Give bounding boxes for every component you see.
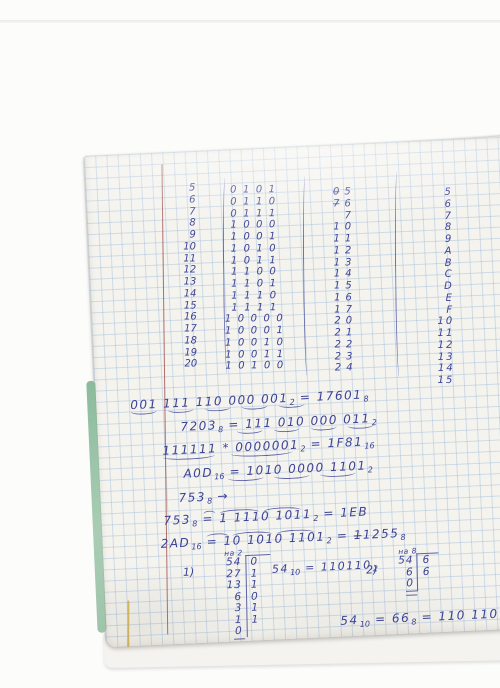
octal-cell: 16 [327, 292, 357, 304]
octal-cell: 17 [327, 304, 357, 316]
yellow-edge-line [127, 600, 129, 647]
octal-cell: 7̶6 [326, 198, 356, 210]
octal-cell: 12 [326, 245, 356, 257]
grouping-arc [130, 407, 156, 415]
octal-cell: 22 [327, 339, 357, 351]
grouping-arc [236, 426, 262, 434]
octal-cell: 23 [327, 351, 357, 363]
decimal-cell: 10 [170, 241, 196, 253]
decimal-cell: 15 [171, 300, 197, 312]
hex-cell: D [428, 281, 454, 293]
grouping-arc [167, 405, 193, 413]
hex-cell: 7 [427, 210, 453, 222]
grouping-arc [274, 471, 310, 480]
grouping-arc [204, 404, 230, 412]
hex-cell: 5 [427, 187, 453, 199]
binary-cell: 10000 [225, 313, 283, 325]
binary-cell: 1100 [224, 266, 282, 278]
binary-cell: 10011 [225, 349, 283, 361]
grouping-arc [278, 400, 304, 408]
binary-cell: 10100 [225, 360, 283, 372]
octal-cell: 0̶5 [326, 186, 356, 198]
hex-cell: 12 [428, 339, 454, 351]
binary-cell: 10001 [225, 325, 283, 337]
division-row: 0 [216, 626, 266, 638]
equation-bin-to-hex: 111111 * 00000012 = 1F8116 [162, 434, 375, 460]
octal-cell: 10 [326, 221, 356, 233]
binary-cell: 1110 [225, 290, 283, 302]
decimal-cell: 7 [170, 206, 196, 218]
hex-cell: 13 [428, 351, 454, 363]
equation-753-arrow: 7538 → [178, 489, 229, 507]
hex-cell: 8 [427, 222, 453, 234]
notebook-scan: 567891011121314151617181920 010101100111… [0, 0, 500, 688]
hex-column: 56789ABCDEF1011121314 [427, 187, 455, 375]
decimal-column: 567891011121314151617181920 [169, 182, 197, 370]
octal-cell: 14 [327, 268, 357, 280]
equation-2ad-to-oct: 2AD16 = 10 1010 11012 = 1̶12558 [160, 526, 405, 553]
hex-cell: 11 [428, 328, 454, 340]
equation-bin-to-oct: 001 111 110 000 0012 = 176018 [130, 387, 369, 414]
zero-underline-1 [234, 638, 245, 639]
hex-cell: 6 [427, 199, 453, 211]
grouping-arc [273, 425, 299, 433]
octal-cell: 11 [326, 233, 356, 245]
hex-cell: C [428, 269, 454, 281]
equation-753-to-hex: 7538 = 1 1110 10112 = 1EB [163, 504, 368, 529]
hex-cell: A [427, 246, 453, 258]
division-table-1: 540 271 131 60 31 11 [214, 557, 266, 638]
grouping-arc [228, 473, 264, 482]
binary-cell: 1000 [224, 219, 282, 231]
octal-cell: 20 [327, 315, 357, 327]
decimal-cell: 5 [169, 182, 195, 194]
grouping-arc [320, 469, 356, 478]
grouping-arc [241, 402, 267, 410]
decimal-cell: 11 [170, 253, 196, 265]
binary-cell: 1011 [224, 255, 282, 267]
working-1-label: 1) [183, 565, 195, 578]
binary-cell: 10010 [225, 337, 283, 349]
equation-hex-to-bin: A0D16 = 1010 0000 11012 [183, 458, 373, 483]
hex-cell: 9 [427, 234, 453, 246]
binary-cell: 0101 [223, 184, 281, 196]
octal-cell: 21 [327, 327, 357, 339]
hex-cell: E [428, 293, 454, 305]
hex-cell: B [428, 257, 454, 269]
binary-cell: 1101 [224, 278, 282, 290]
binary-column: 0101011001111000100110101011110011011110… [223, 184, 283, 373]
decimal-cell: 20 [171, 359, 197, 371]
final-result: 5410 = 668 = 110 1102 [340, 606, 500, 629]
division-table-2: 546 66 0 [386, 555, 437, 590]
binary-cell: 1001 [224, 231, 282, 243]
decimal-cell: 13 [170, 276, 196, 288]
decimal-cell: 18 [171, 335, 197, 347]
division-row: 0 [387, 578, 437, 590]
decimal-cell: 14 [170, 288, 196, 300]
octal-cell: 24 [327, 362, 357, 374]
scanner-streak [0, 20, 500, 23]
column-separator-line [302, 176, 310, 376]
column-separator-line [394, 172, 402, 377]
decimal-cell: 9 [170, 229, 196, 241]
binary-cell: 0110 [224, 196, 282, 208]
decimal-cell: 19 [171, 347, 197, 359]
working-1-result: 5410 = 1101102 [272, 558, 379, 578]
decimal-cell: 8 [170, 218, 196, 230]
binary-cell: 1111 [225, 302, 283, 314]
octal-cell: 13 [326, 257, 356, 269]
binary-cell: 1010 [224, 243, 282, 255]
hex-cell: 10 [428, 316, 454, 328]
octal-cell: 15 [327, 280, 357, 292]
decimal-cell: 12 [170, 265, 196, 277]
binary-cell: 0111 [224, 208, 282, 220]
notebook-page: 567891011121314151617181920 010101100111… [84, 136, 500, 647]
notebook-cover-edge [86, 381, 106, 633]
hex-cell: F [428, 304, 454, 316]
working-2-label: 2) [366, 563, 378, 576]
grouping-arc [310, 423, 336, 431]
double-underline [406, 590, 417, 595]
equation-oct-to-bin: 72038 = 111 010 000 0112 [180, 411, 377, 436]
octal-cell: 7 [326, 210, 356, 222]
decimal-cell: 6 [169, 194, 195, 206]
grouping-arc [347, 421, 373, 429]
decimal-cell: 16 [171, 312, 197, 324]
hex-overflow-cell: 15 [428, 375, 454, 387]
octal-column: 0̶57̶6710111213141516172021222324 [326, 186, 358, 374]
hex-cell: 14 [429, 363, 455, 375]
decimal-cell: 17 [171, 323, 197, 335]
